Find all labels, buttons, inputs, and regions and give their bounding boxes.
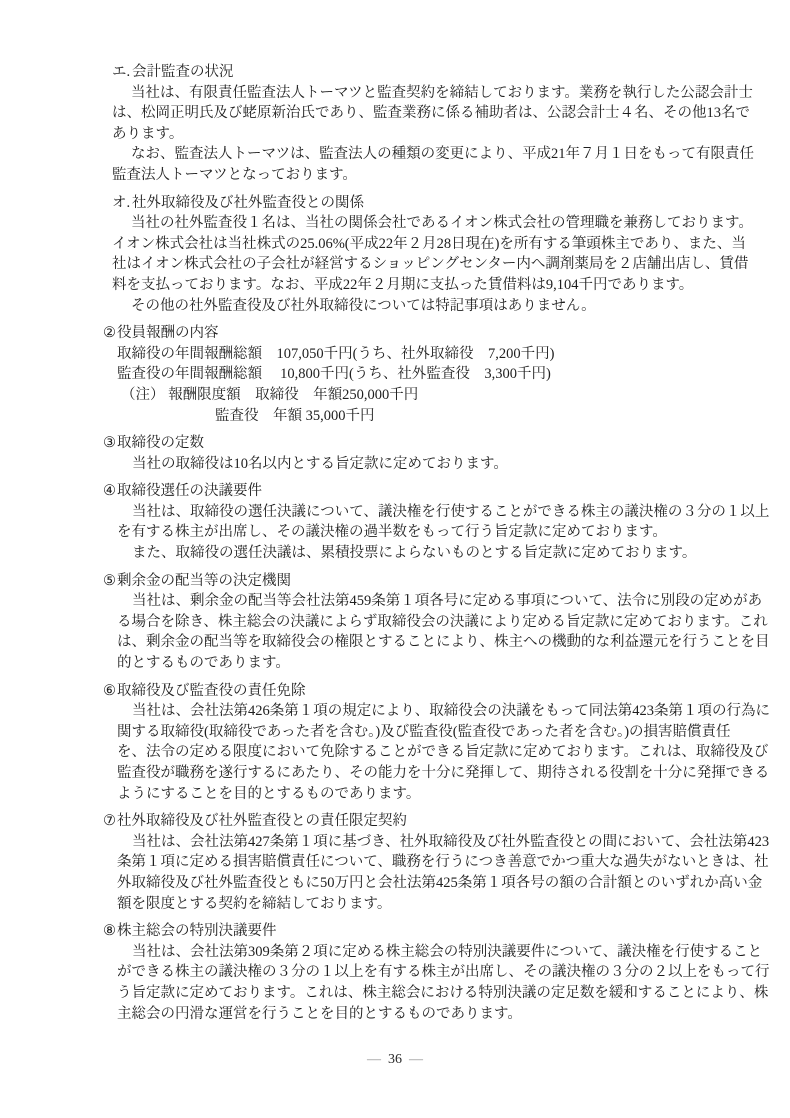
section-marker: ③ [103,433,117,454]
text-line: あります。 [112,124,790,145]
document-section: エ.会計監査の状況 当社は、有限責任監査法人トーマツと監査契約を締結しております… [0,62,790,186]
section-title: 取締役選任の決議要件 [117,483,262,499]
text-line: （注） 報酬限度額 取締役 年額250,000千円 [121,385,790,406]
text-line: 的とするものであります。 [117,653,790,674]
footer-dash-right: ― [409,1052,423,1067]
text-line: 取締役の年間報酬総額 107,050千円(うち、社外取締役 7,200千円) [117,344,790,365]
text-line: 額を限度とする契約を締結しております。 [117,894,790,915]
text-line: 関する取締役(取締役であった者を含む。)及び監査役(監査役であった者を含む。)の… [117,722,790,743]
text-line: 監査法人トーマツとなっております。 [112,165,790,186]
text-line: 当社は、剰余金の配当等会社法第459条第１項各号に定める事項について、法令に別段… [132,591,790,612]
text-line: また、取締役の選任決議は、累積投票によらないものとする旨定款に定めております。 [132,543,790,564]
section-title: 取締役の定数 [117,435,204,451]
text-line: 当社は、会社法第426条第１項の規定により、取締役会の決議をもって同法第423条… [132,701,790,722]
text-line: ができる株主の議決権の３分の１以上を有する株主が出席し、その議決権の３分の２以上… [117,962,790,983]
text-line: 監査役の年間報酬総額 10,800千円(うち、社外監査役 3,300千円) [117,364,790,385]
text-line: イオン株式会社は当社株式の25.06%(平成22年２月28日現在)を所有する筆頭… [112,234,790,255]
section-heading: ④取締役選任の決議要件 [103,481,790,502]
document-section: ⑦社外取締役及び社外監査役との責任限定契約 当社は、会社法第427条第１項に基づ… [0,811,790,914]
text-line: う旨定款に定めております。これは、株主総会における特別決議の定足数を緩和すること… [117,983,790,1004]
text-line: を、法令の定める限度において免除することができる旨定款に定めております。これは、… [117,742,790,763]
footer-dash-left: ― [367,1052,381,1067]
text-line: 当社の社外監査役１名は、当社の関係会社であるイオン株式会社の管理職を兼務しており… [131,213,790,234]
section-marker: ⑤ [103,571,117,592]
section-marker: オ. [112,193,132,214]
text-line: を有する株主が出席し、その議決権の過半数をもって行う旨定款に定めております。 [117,522,790,543]
text-line: 社はイオン株式会社の子会社が経営するショッピングセンター内へ調剤薬局を２店舗出店… [112,254,790,275]
text-line: 当社は、会社法第309条第２項に定める株主総会の特別決議要件について、議決権を行… [132,942,790,963]
text-line: 主総会の円滑な運営を行うことを目的とするものであります。 [117,1004,790,1025]
text-line: 外取締役及び社外監査役ともに50万円と会社法第425条第１項各号の額の合計額との… [117,873,790,894]
section-heading: ③取締役の定数 [103,433,790,454]
section-title: 株主総会の特別決議要件 [117,923,277,939]
document-section: ⑤剰余金の配当等の決定機関 当社は、剰余金の配当等会社法第459条第１項各号に定… [0,571,790,674]
text-line: 当社は、取締役の選任決議について、議決権を行使することができる株主の議決権の３分… [132,502,790,523]
document-section: オ.社外取締役及び社外監査役との関係 当社の社外監査役１名は、当社の関係会社であ… [0,193,790,317]
section-marker: ④ [103,481,117,502]
text-line: 当社は、会社法第427条第１項に基づき、社外取締役及び社外監査役との間において、… [132,832,790,853]
document-section: ③取締役の定数 当社の取締役は10名以内とする旨定款に定めております。 [0,433,790,474]
document-section: ④取締役選任の決議要件 当社は、取締役の選任決議について、議決権を行使することが… [0,481,790,563]
section-heading: ⑤剰余金の配当等の決定機関 [103,571,790,592]
section-title: 取締役及び監査役の責任免除 [117,683,306,699]
page-content: エ.会計監査の状況 当社は、有限責任監査法人トーマツと監査契約を締結しております… [0,0,790,1024]
section-title: 会計監査の状況 [132,64,234,80]
section-heading: ②役員報酬の内容 [103,323,790,344]
text-line: 当社は、有限責任監査法人トーマツと監査契約を締結しております。業務を執行した公認… [131,83,790,104]
section-heading: ⑥取締役及び監査役の責任免除 [103,681,790,702]
section-marker: ⑥ [103,681,117,702]
document-section: ⑥取締役及び監査役の責任免除 当社は、会社法第426条第１項の規定により、取締役… [0,681,790,805]
document-section: ②役員報酬の内容 取締役の年間報酬総額 107,050千円(うち、社外取締役 7… [0,323,790,426]
document-page: エ.会計監査の状況 当社は、有限責任監査法人トーマツと監査契約を締結しております… [0,0,790,1118]
section-title: 剰余金の配当等の決定機関 [117,573,291,589]
text-line: その他の社外監査役及び社外取締役については特記事項はありません。 [131,296,790,317]
text-line: 監査役が職務を遂行するにあたり、その能力を十分に発揮して、期待される役割を十分に… [117,763,790,784]
section-marker: ② [103,323,117,344]
text-line: は、松岡正明氏及び蛯原新治氏であり、監査業務に係る補助者は、公認会計士４名、その… [112,103,790,124]
section-heading: ⑧株主総会の特別決議要件 [103,921,790,942]
text-line: は、剰余金の配当等を取締役会の権限とすることにより、株主への機動的な利益還元を行… [117,632,790,653]
section-heading: オ.社外取締役及び社外監査役との関係 [112,193,790,214]
text-line: 監査役 年額 35,000千円 [215,406,790,427]
text-line: ようにすることを目的とするものであります。 [117,784,790,805]
page-footer: ―36― [0,1050,790,1071]
section-title: 社外取締役及び社外監査役との関係 [132,195,364,211]
section-heading: ⑦社外取締役及び社外監査役との責任限定契約 [103,811,790,832]
section-marker: ⑧ [103,921,117,942]
text-line: る場合を除き、株主総会の決議によらず取締役会の決議により定める旨定款に定めており… [117,612,790,633]
text-line: 当社の取締役は10名以内とする旨定款に定めております。 [132,454,790,475]
text-line: なお、監査法人トーマツは、監査法人の種類の変更により、平成21年７月１日をもって… [131,144,790,165]
section-title: 社外取締役及び社外監査役との責任限定契約 [117,813,407,829]
section-heading: エ.会計監査の状況 [112,62,790,83]
text-line: 料を支払っております。なお、平成22年２月期に支払った賃借料は9,104千円であ… [112,275,790,296]
text-line: 条第１項に定める損害賠償責任について、職務を行うにつき善意でかつ重大な過失がない… [117,852,790,873]
section-marker: ⑦ [103,811,117,832]
section-title: 役員報酬の内容 [117,325,219,341]
section-marker: エ. [112,62,132,83]
document-section: ⑧株主総会の特別決議要件 当社は、会社法第309条第２項に定める株主総会の特別決… [0,921,790,1024]
page-number: 36 [388,1052,402,1067]
